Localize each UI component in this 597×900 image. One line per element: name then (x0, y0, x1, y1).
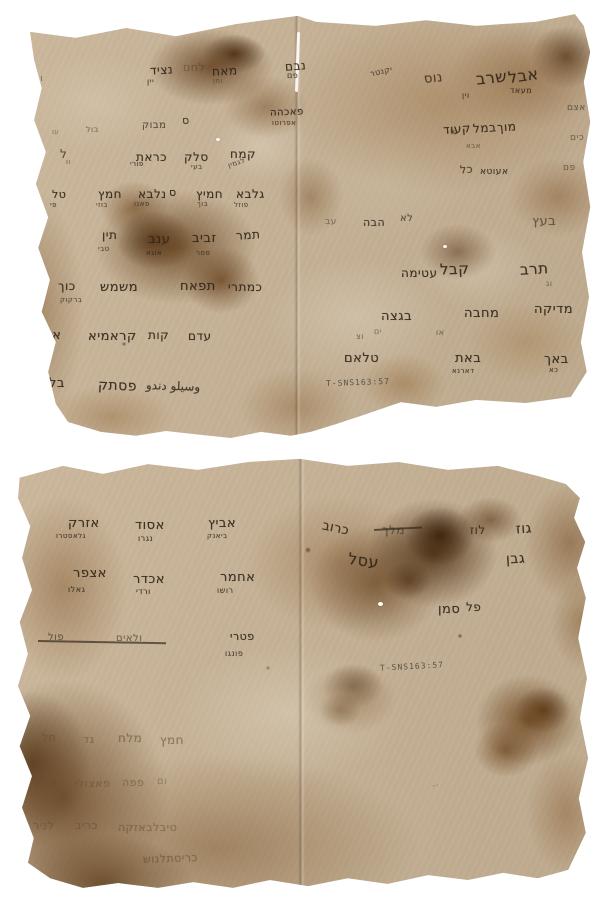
handwritten-word: ובא (28, 75, 43, 84)
handwritten-word: גלאסטרו (56, 533, 86, 540)
handwritten-word: אכדר (133, 573, 165, 586)
handwritten-word: אוגא (146, 250, 162, 257)
handwritten-word: אגאם (28, 329, 61, 342)
handwritten-word: מלח (118, 732, 142, 744)
handwritten-word: פל (466, 601, 481, 613)
handwritten-word: פטרי (230, 631, 255, 642)
handwritten-word: טבי (98, 246, 110, 253)
handwritten-word: פסר (196, 250, 210, 257)
manuscript-scan-canvas: ובאנצידייןלחםמאחומןנבםפםפאכההאפרוטוסמבוק… (0, 0, 597, 900)
handwritten-word: ום (157, 777, 167, 787)
handwritten-word: נוס (423, 71, 443, 86)
handwritten-word: גבן (506, 552, 526, 567)
handwritten-word: כמתרי (228, 281, 262, 293)
handwritten-word: אסוד (135, 519, 165, 532)
handwriting-layer: חאזרקגלאסטרואסודנגרואביץביאנקאצפרגאלואכד… (8, 458, 594, 898)
handwritten-word: עטימה (401, 267, 437, 279)
manuscript-fragment-bottom: חאזרקגלאסטרואסודנגרואביץביאנקאצפרגאלואכד… (8, 458, 594, 898)
handwritten-word: שרב (475, 68, 508, 87)
handwriting-layer: ובאנצידייןלחםמאחומןנבםפםפאכההאפרוטוסמבוק… (6, 12, 592, 444)
handwritten-word: באת (455, 352, 481, 365)
handwritten-word: לניר (33, 820, 54, 831)
handwritten-word: לחם (183, 62, 205, 73)
handwritten-word: ורדי (136, 588, 151, 596)
handwritten-word: פאכהה (270, 107, 304, 118)
handwritten-word: חמץ (98, 188, 122, 200)
handwritten-word: ·- (432, 782, 439, 791)
handwritten-word: תפאח (180, 280, 216, 293)
handwritten-word: מעאד (510, 87, 532, 95)
paper-hole (216, 138, 220, 141)
handwritten-word: גלבא (236, 188, 265, 200)
handwritten-word: במל (473, 121, 497, 135)
handwritten-word: עו (52, 129, 59, 136)
handwritten-word: לא (400, 214, 413, 224)
handwritten-word: בלוט (36, 377, 65, 390)
handwritten-word: אבל (507, 66, 539, 86)
handwritten-word: תין (102, 229, 117, 241)
handwritten-word: הבה (363, 217, 385, 228)
handwritten-word: אזרק (68, 517, 100, 530)
handwritten-word: כים (570, 134, 584, 143)
handwritten-word: אצפר (73, 567, 107, 580)
handwritten-word: חמץ (160, 734, 184, 746)
handwritten-word: קעוד (443, 122, 472, 136)
handwritten-word: תרב (520, 261, 549, 277)
handwritten-word: פם (563, 164, 576, 173)
handwritten-word: בגצה (381, 310, 412, 323)
paper-hole (443, 245, 447, 248)
handwritten-word: גאלו (68, 586, 85, 594)
handwritten-word: נלבא (138, 188, 167, 200)
handwritten-word: קות (148, 329, 169, 341)
handwritten-word: נציד (150, 63, 174, 76)
handwritten-word: פאנו (134, 201, 150, 208)
handwritten-word: כריסתלנוש (143, 852, 198, 865)
handwritten-word: כרוב (321, 519, 350, 537)
handwritten-word: אעוטא (480, 168, 508, 177)
handwritten-word: פוזל (234, 202, 249, 209)
handwritten-word: משמש (100, 281, 138, 294)
handwritten-word: פ (20, 192, 26, 201)
handwritten-word: אביץ (208, 517, 236, 530)
handwritten-word: מלך (382, 524, 405, 536)
handwritten-word: ענב (148, 233, 170, 246)
handwritten-word: באך (544, 353, 569, 366)
handwritten-word: פאצולי (75, 778, 110, 789)
handwritten-word: יקנטר (369, 66, 393, 79)
handwritten-word: טיבלבאזקה (118, 822, 177, 833)
handwritten-word: פם (287, 72, 298, 80)
handwritten-word: תמר (236, 228, 261, 242)
handwritten-word: אבא (466, 143, 481, 150)
handwritten-word: אפרוטו (272, 120, 296, 127)
classmark-label: T-SNS163:57 (326, 377, 390, 388)
handwritten-word: בול (86, 126, 99, 134)
handwritten-word: כא (549, 367, 558, 374)
handwritten-word: פורי (130, 161, 144, 168)
handwritten-word: גוז (516, 521, 533, 536)
handwritten-word: עב (325, 218, 337, 227)
handwritten-word: רושו (217, 587, 234, 595)
handwritten-word: או (436, 329, 445, 337)
handwritten-word: בעץ (532, 215, 556, 228)
handwritten-word: כוך (58, 280, 76, 292)
handwritten-word: כל (460, 163, 474, 175)
handwritten-word: עסל (347, 551, 380, 571)
handwritten-word: חמיץ (196, 188, 223, 200)
handwritten-word: זביב (192, 232, 216, 245)
handwritten-word: קראמיא (88, 330, 137, 343)
handwritten-word: לב (16, 246, 25, 253)
handwritten-word: מדיקה (534, 303, 573, 316)
handwritten-word: דארנא (452, 368, 474, 375)
handwritten-word: טל (52, 189, 66, 200)
handwritten-word: ברקוק (60, 297, 82, 304)
handwritten-word: כריב (75, 820, 98, 831)
handwritten-word: חל (42, 732, 56, 743)
handwritten-word: מוך (497, 120, 517, 133)
handwritten-word: וצ (356, 333, 364, 341)
paper-hole (378, 602, 383, 606)
handwritten-word: טלאם (344, 352, 379, 365)
handwritten-word: פונגו (225, 650, 243, 658)
handwritten-word: סמן (438, 603, 460, 616)
handwritten-word: מאח (212, 64, 238, 77)
handwritten-word: זיתון (16, 229, 40, 241)
handwritten-word: בוזי (96, 202, 108, 209)
handwritten-word: יין (147, 78, 154, 86)
handwritten-word: פסתק (98, 378, 137, 393)
manuscript-fragment-top: ובאנצידייןלחםמאחומןנבםפםפאכההאפרוטוסמבוק… (6, 12, 592, 444)
handwritten-word: גד (83, 734, 95, 745)
handwritten-word: פי (50, 202, 57, 209)
handwritten-word: בוך (197, 201, 208, 208)
handwritten-word: נגרו (138, 535, 153, 543)
handwritten-word: מחבה (464, 307, 499, 320)
handwritten-word: בעי (191, 164, 203, 171)
handwritten-word: פפה (122, 777, 144, 788)
handwritten-word: ס (169, 187, 177, 198)
handwritten-word: אצם (567, 104, 586, 113)
handwritten-word: ביאנק (207, 533, 228, 540)
handwritten-word: וג (546, 280, 552, 288)
handwritten-word: חריך (33, 776, 57, 787)
handwritten-word: אחמר (220, 571, 255, 584)
handwritten-word: סלק (184, 151, 209, 163)
handwritten-word: ומן (213, 78, 223, 85)
handwritten-word: מבוק (142, 121, 166, 131)
handwritten-word: עדם (188, 330, 212, 342)
handwritten-word: ח (14, 516, 22, 527)
handwritten-word: קבל (440, 261, 470, 277)
handwritten-word: ים (374, 328, 382, 336)
paper-hole (37, 308, 42, 312)
handwritten-word: וו (66, 159, 71, 166)
handwritten-word: ס (182, 115, 190, 126)
classmark-label: T-SNS163:57 (380, 660, 444, 672)
handwritten-word: לוז (470, 524, 486, 536)
handwritten-word: وسيلو دندو (146, 379, 201, 393)
handwritten-word: וין (462, 92, 470, 100)
